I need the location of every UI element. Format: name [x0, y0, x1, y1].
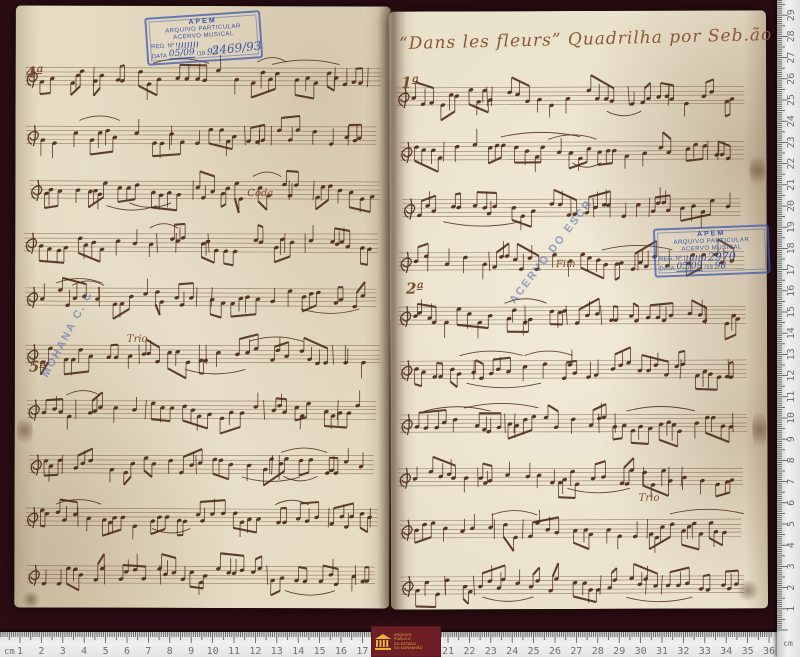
svg-text:cm: cm — [4, 647, 15, 657]
svg-text:5: 5 — [786, 521, 797, 527]
svg-text:15: 15 — [786, 306, 797, 318]
svg-text:14: 14 — [786, 327, 797, 339]
svg-text:15: 15 — [314, 646, 326, 657]
part-label-2: 2ª — [406, 280, 424, 298]
svg-text:14: 14 — [292, 646, 304, 657]
svg-text:1: 1 — [786, 606, 797, 612]
svg-text:34: 34 — [720, 646, 732, 657]
svg-text:16: 16 — [335, 646, 347, 657]
svg-text:5: 5 — [103, 646, 109, 657]
svg-text:30: 30 — [635, 646, 647, 657]
corner-stain — [20, 592, 42, 608]
svg-text:18: 18 — [786, 242, 797, 254]
corner-stain — [735, 580, 761, 600]
svg-text:4: 4 — [81, 646, 87, 657]
svg-text:25: 25 — [528, 646, 540, 657]
stamp-date-value: 05/09 — [676, 263, 702, 272]
svg-text:17: 17 — [356, 646, 368, 657]
building-icon — [374, 633, 392, 651]
svg-text:20: 20 — [786, 200, 797, 212]
edge-stain — [749, 150, 765, 190]
svg-text:8: 8 — [786, 457, 797, 463]
stamp-date-century: /19 — [704, 265, 713, 271]
fim-annotation: Fim — [556, 259, 576, 270]
svg-text:10: 10 — [207, 646, 219, 657]
svg-text:22: 22 — [786, 158, 797, 170]
edge-stain — [17, 414, 33, 448]
svg-text:32: 32 — [677, 646, 689, 657]
archive-logo: ARQUIVO PÚBLICO DO ESTADO DO MARANHÃO — [371, 626, 441, 657]
stamp-date-year: 98 — [715, 263, 727, 270]
svg-text:22: 22 — [463, 646, 475, 657]
stamp-date-century: /19 — [197, 51, 206, 58]
svg-text:12: 12 — [786, 370, 797, 382]
svg-text:26: 26 — [786, 73, 797, 85]
svg-text:9: 9 — [786, 436, 797, 442]
manuscript-scan: 4ª 5ª Coda Trio MOHANA C. C APEM ARQUIVO… — [0, 0, 800, 657]
svg-text:24: 24 — [786, 115, 797, 127]
svg-text:6: 6 — [786, 500, 797, 506]
trio-annotation-left: Trio — [127, 334, 148, 345]
svg-text:25: 25 — [786, 94, 797, 106]
svg-text:27: 27 — [786, 52, 797, 64]
svg-text:13: 13 — [786, 348, 797, 360]
svg-text:2: 2 — [786, 585, 797, 591]
svg-text:23: 23 — [485, 646, 497, 657]
accession-stamp-top-left: APEM ARQUIVO PARTICULAR ACERVO MUSICAL R… — [144, 10, 263, 66]
reg-number-handwritten: 2970 — [708, 253, 736, 261]
svg-text:12: 12 — [249, 646, 261, 657]
svg-text:28: 28 — [592, 646, 604, 657]
svg-text:28: 28 — [786, 30, 797, 42]
svg-text:19: 19 — [786, 221, 797, 233]
svg-text:3: 3 — [60, 646, 66, 657]
svg-text:10: 10 — [786, 412, 797, 424]
svg-text:8: 8 — [167, 646, 173, 657]
part-label-4: 4ª — [26, 64, 44, 82]
page-fold-shadow — [378, 6, 406, 610]
svg-text:6: 6 — [124, 646, 130, 657]
svg-text:2: 2 — [38, 646, 44, 657]
svg-text:7: 7 — [786, 479, 797, 485]
svg-text:29: 29 — [613, 646, 625, 657]
trio-annotation-right: Trio — [639, 493, 660, 504]
svg-text:1: 1 — [17, 646, 23, 657]
svg-text:cm: cm — [783, 639, 793, 648]
svg-text:17: 17 — [786, 264, 797, 276]
svg-text:13: 13 — [271, 646, 283, 657]
logo-line: DO MARANHÃO — [394, 646, 423, 650]
music-notation-left — [14, 6, 391, 609]
right-page: “Dans les fleurs” Quadrilha por Seb.ão P… — [389, 10, 768, 609]
svg-text:35: 35 — [742, 646, 754, 657]
music-notation-right — [389, 10, 768, 609]
svg-text:26: 26 — [549, 646, 561, 657]
svg-text:21: 21 — [442, 646, 454, 657]
svg-text:16: 16 — [786, 285, 797, 297]
svg-text:36: 36 — [763, 646, 775, 657]
vertical-ruler: 1234567891011121314151617181920212223242… — [777, 0, 800, 657]
stamp-date-label: DATA — [659, 266, 674, 273]
svg-text:31: 31 — [656, 646, 668, 657]
svg-text:4: 4 — [786, 542, 797, 548]
left-page: 4ª 5ª Coda Trio MOHANA C. C APEM ARQUIVO… — [14, 6, 391, 609]
svg-text:7: 7 — [145, 646, 151, 657]
archive-logo-text: ARQUIVO PÚBLICO DO ESTADO DO MARANHÃO — [394, 633, 423, 650]
coda-annotation: Coda — [247, 188, 273, 199]
stamp-date-label: DATA — [152, 54, 167, 61]
svg-text:33: 33 — [699, 646, 711, 657]
accession-stamp-right: APEM ARQUIVO PARTICULAR ACERVO MUSICAL R… — [653, 224, 771, 277]
svg-text:3: 3 — [786, 563, 797, 569]
svg-text:11: 11 — [228, 646, 240, 657]
svg-text:23: 23 — [786, 136, 797, 148]
edge-stain — [752, 405, 766, 453]
svg-text:21: 21 — [786, 179, 797, 191]
svg-text:9: 9 — [188, 646, 194, 657]
svg-text:27: 27 — [570, 646, 582, 657]
svg-text:11: 11 — [786, 391, 797, 403]
stamp-date-value: 05/09 — [169, 50, 195, 60]
svg-text:24: 24 — [506, 646, 518, 657]
svg-text:29: 29 — [786, 9, 797, 21]
